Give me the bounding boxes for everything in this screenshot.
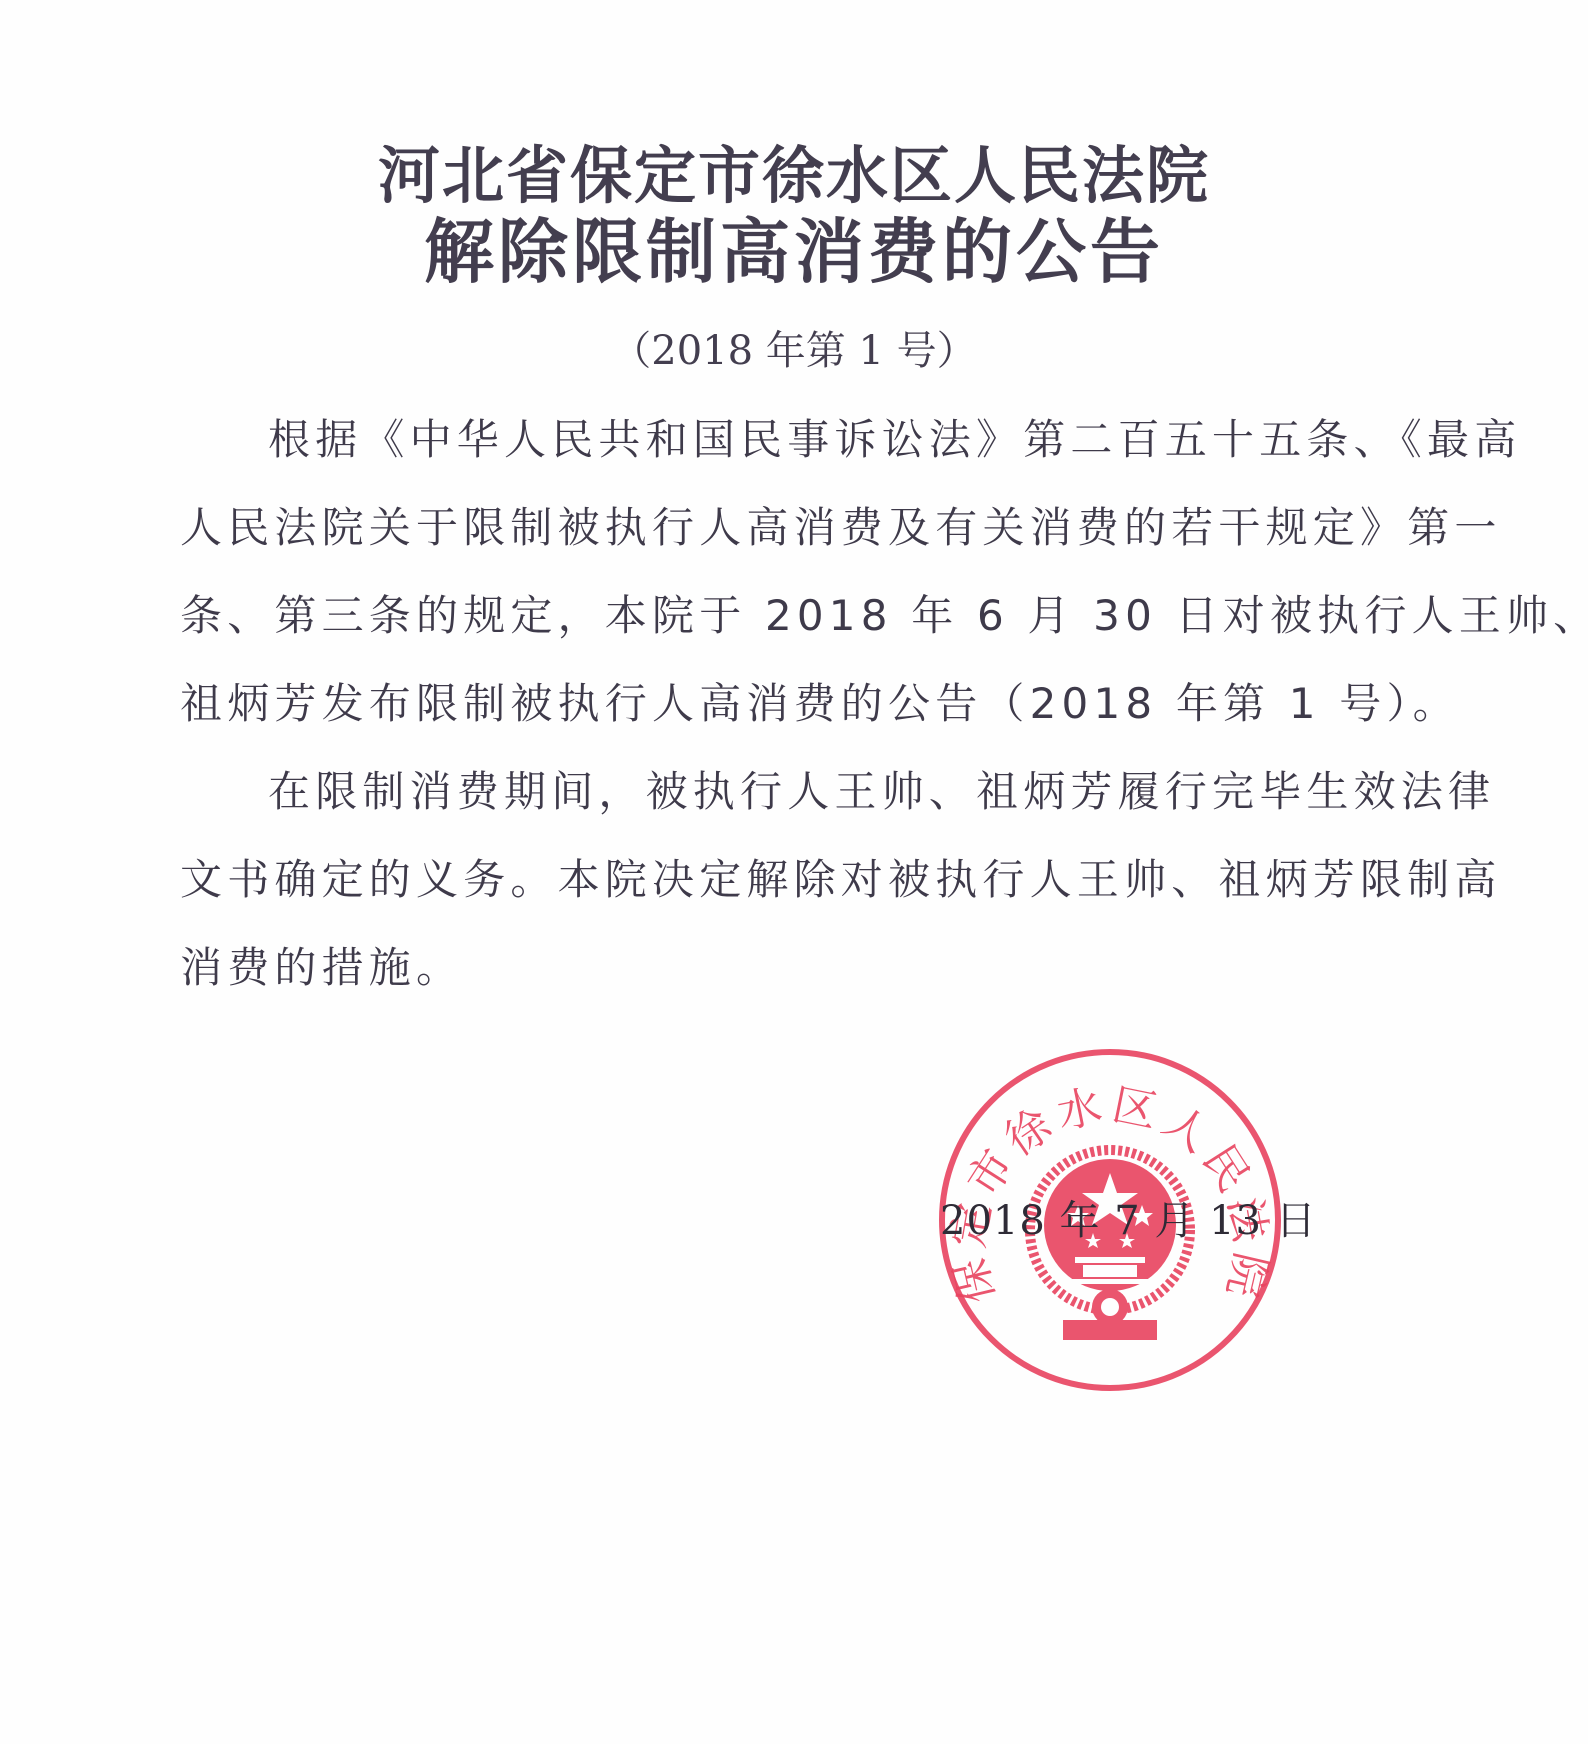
paragraph-1-line-2: 人民法院关于限制被执行人高消费及有关消费的若干规定》第一 xyxy=(180,500,1502,556)
paragraph-2-line-2: 文书确定的义务。本院决定解除对被执行人王帅、祖炳芳限制高 xyxy=(180,852,1502,908)
notice-title: 解除限制高消费的公告 xyxy=(0,212,1588,292)
paragraph-1-line-3: 条、第三条的规定，本院于 2018 年 6 月 30 日对被执行人王帅、 xyxy=(180,588,1588,644)
document-page: 河北省保定市徐水区人民法院 解除限制高消费的公告 （2018 年第 1 号） 根… xyxy=(0,0,1588,1744)
paragraph-2-line-3: 消费的措施。 xyxy=(180,940,463,996)
paragraph-2-line-1: 在限制消费期间，被执行人王帅、祖炳芳履行完毕生效法律 xyxy=(268,764,1495,820)
notice-number: （2018 年第 1 号） xyxy=(0,326,1588,376)
court-name-title: 河北省保定市徐水区人民法院 xyxy=(0,140,1588,212)
paragraph-1-line-4: 祖炳芳发布限制被执行人高消费的公告（2018 年第 1 号）。 xyxy=(180,676,1460,732)
paragraph-1-line-1: 根据《中华人民共和国民事诉讼法》第二百五十五条、《最高 xyxy=(268,412,1521,468)
issue-date: 2018 年 7 月 13 日 xyxy=(940,1196,1317,1246)
